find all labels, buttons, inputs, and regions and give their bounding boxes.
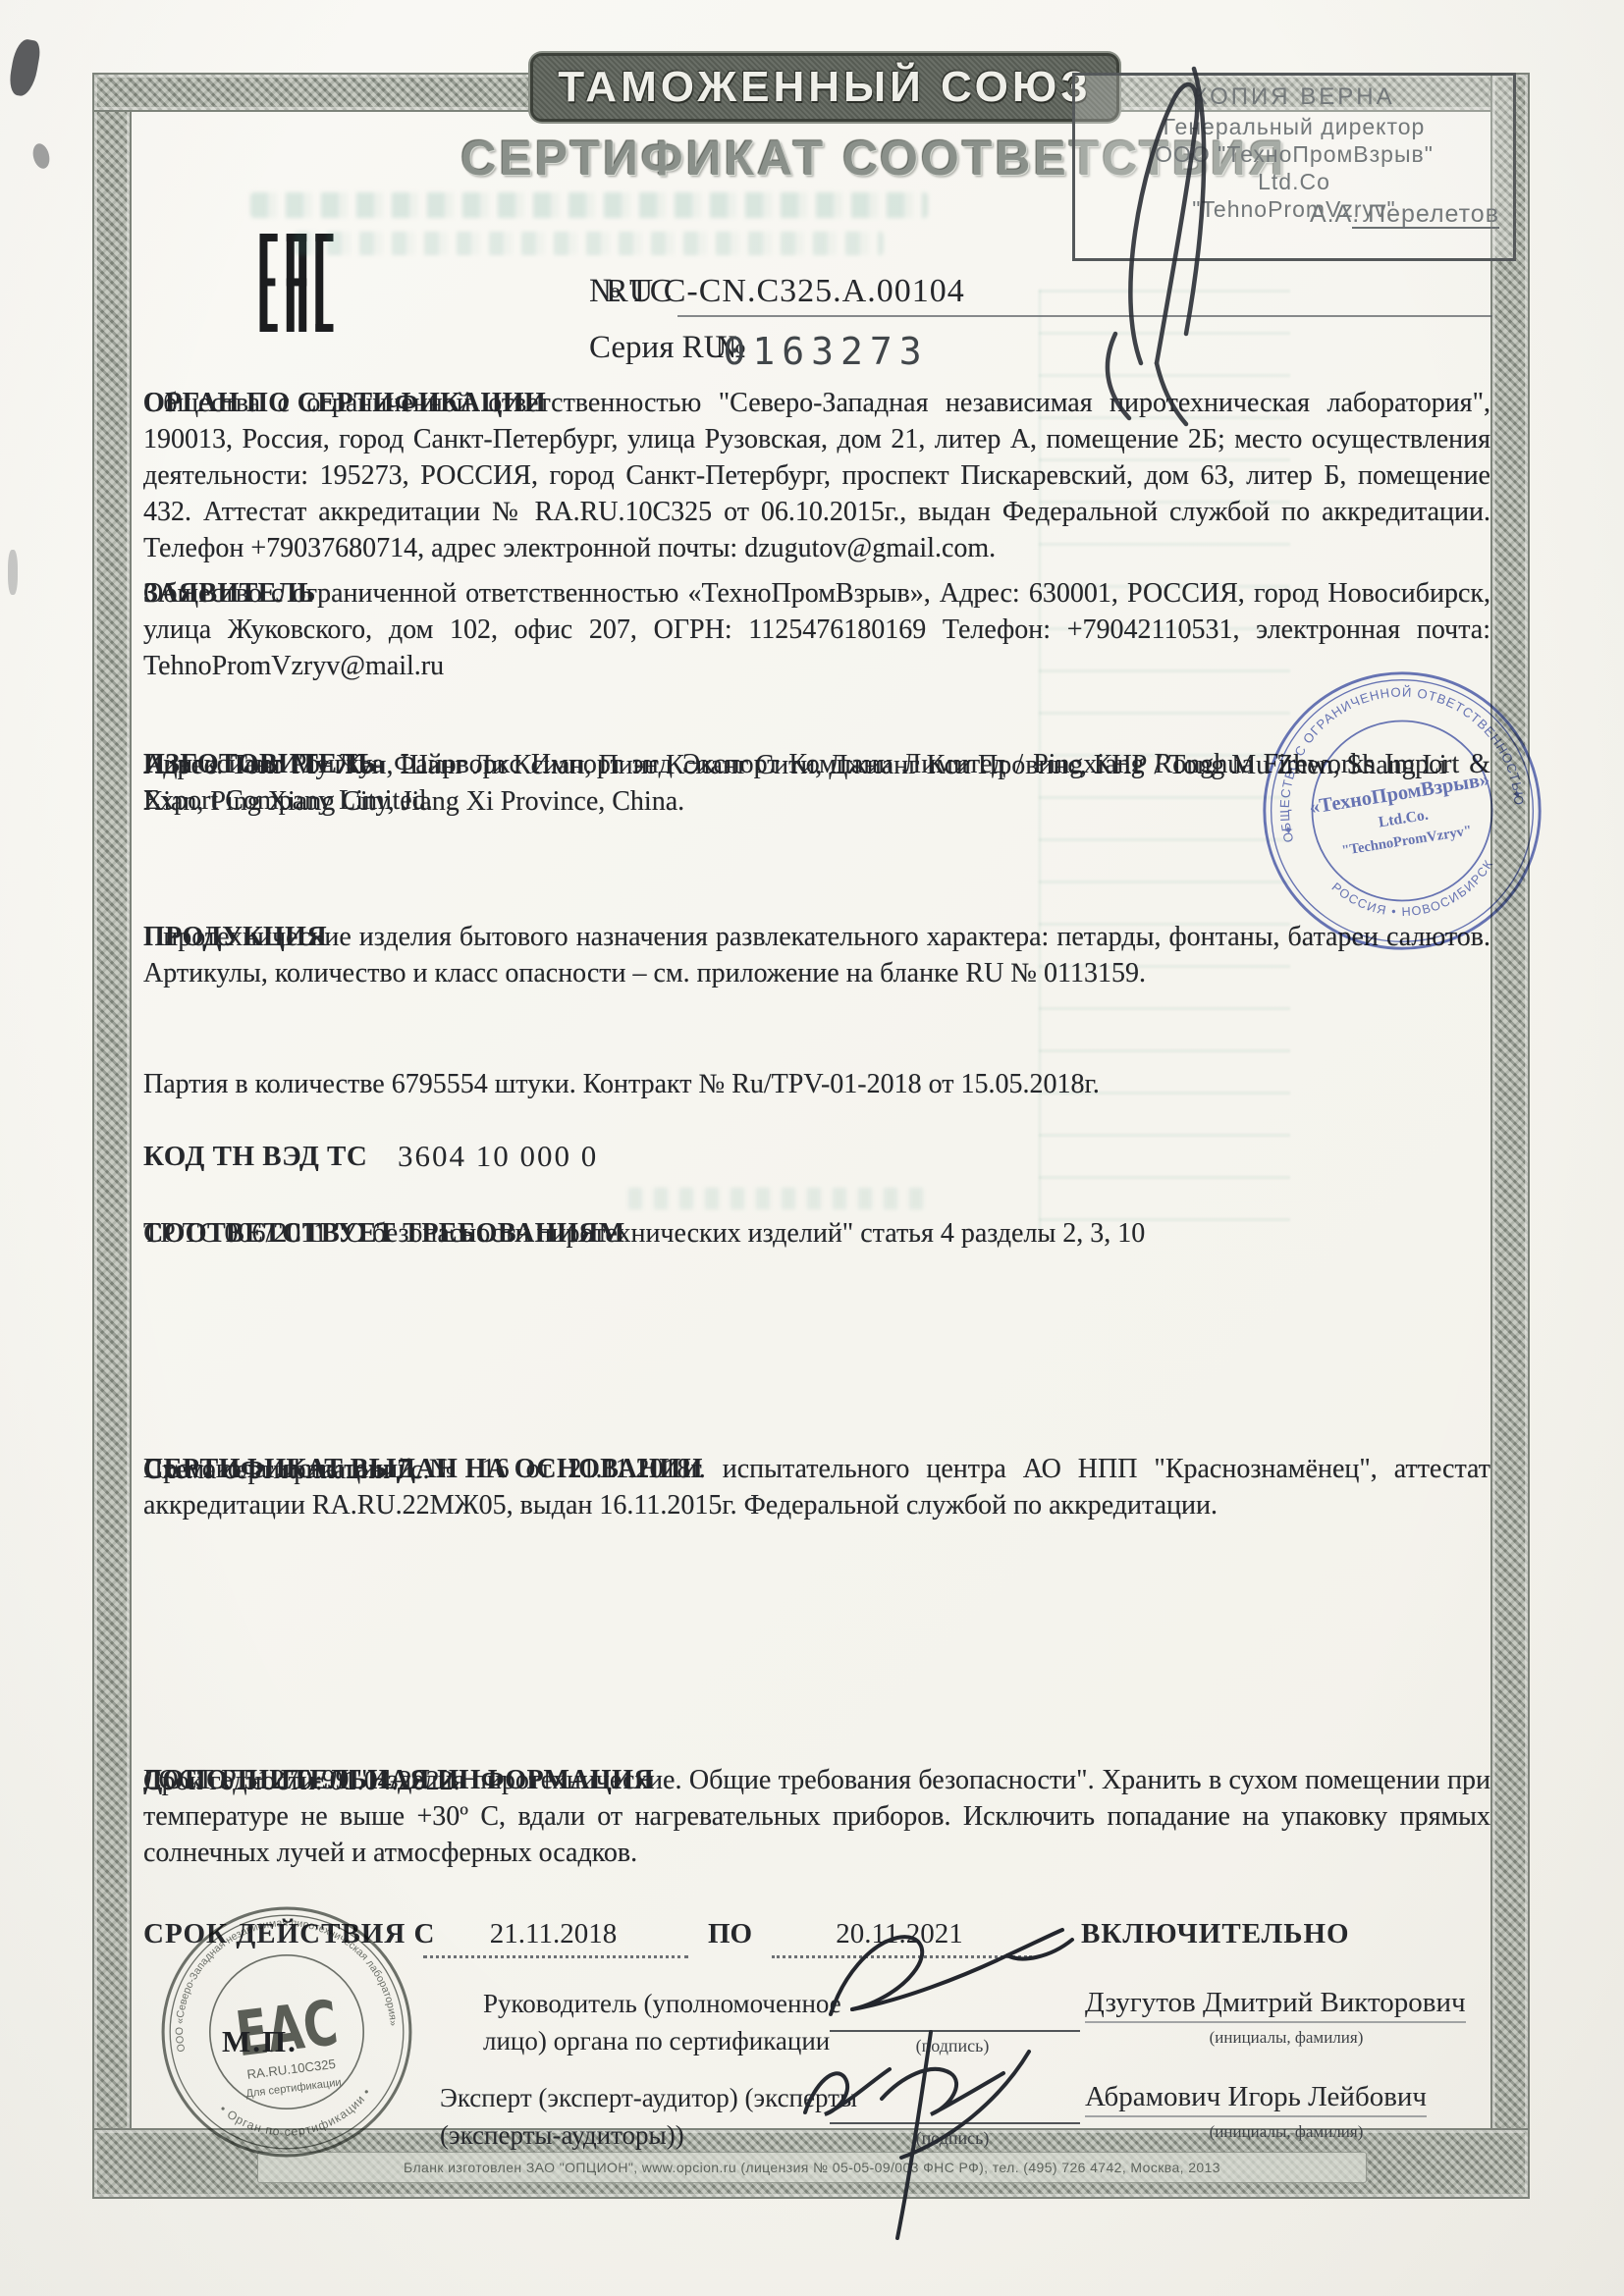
bleed-through-text (628, 1188, 923, 1209)
tnved-code-value: 3604 10 000 0 (398, 1139, 598, 1174)
stamp-place-label: М.П. (222, 2024, 298, 2059)
eac-logo-text: ЕАС (0, 0, 1, 1)
tnved-code-label: КОД ТН ВЭД ТС (143, 1141, 367, 1173)
section-text: Протокола испытаний № 16 от 21.11.2018г.… (143, 1451, 1490, 1523)
series-line: Серия RU № 0163273 (589, 330, 724, 366)
blue-stamp-center-latin: "TechnoPromVzryv" (1341, 823, 1474, 859)
section-text: Общество с ограниченной ответственностью… (143, 575, 1490, 684)
expert-role-label: Эксперт (эксперт-аудитор) (эксперты (экс… (440, 2079, 862, 2154)
copy-stamp-line: Ltd.Co (1081, 168, 1507, 195)
section-text: ГОСТ Р 51270-99 "Изделия пиротехнические… (143, 1762, 1490, 1871)
scan-speck (30, 141, 52, 170)
copy-stamp-line: ООО "ТехноПромВзрыв" (1081, 140, 1507, 168)
date-underline (772, 1955, 1032, 1958)
section-additional-info: ДОПОЛНИТЕЛЬНАЯ ИНФОРМАЦИЯГОСТ Р 51270-99… (143, 1762, 1490, 1799)
section-text: Общества с ограниченной ответственностью… (143, 385, 1490, 566)
certificate-number-line: № ТС RU C-CN.C325.A.00104 (589, 273, 606, 310)
customs-union-banner: ТАМОЖЕННЫЙ СОЮЗ (530, 53, 1119, 122)
copy-verified-stamp: КОПИЯ ВЕРНА Генеральный директор ООО "Те… (1072, 73, 1516, 261)
signature-caption: (подпись) (864, 2036, 1041, 2056)
blue-round-stamp: ОБЩЕСТВО С ОГРАНИЧЕННОЙ ОТВЕТСТВЕННОСТЬЮ… (1238, 647, 1566, 975)
copy-stamp-line: Генеральный директор (1081, 113, 1507, 140)
border-left (92, 73, 132, 2199)
copy-stamp-title: КОПИЯ ВЕРНА (1081, 83, 1507, 111)
stamp-diamond-icon: ✦ (1282, 823, 1295, 838)
cert-no-underline (677, 315, 1492, 317)
name-caption: (инициалы, фамилия) (1139, 2028, 1434, 2048)
bleed-through-text (250, 192, 928, 218)
series-number: 0163273 (724, 330, 929, 373)
head-role-label: Руководитель (уполномоченное лицо) орган… (483, 1985, 846, 2059)
signature-caption: (подпись) (864, 2128, 1041, 2149)
validity-to-label: ПО (708, 1918, 752, 1950)
banner-title: ТАМОЖЕННЫЙ СОЮЗ (558, 63, 1092, 112)
head-name: Дзугутов Дмитрий Викторович (1085, 1987, 1466, 2023)
copy-stamp-signer: А.А. Перелетов (1310, 200, 1499, 229)
validity-inclusive: ВКЛЮЧИТЕЛЬНО (1081, 1918, 1350, 1950)
validity-from-date: 21.11.2018 (428, 1918, 678, 1950)
expert-name: Абрамович Игорь Лейбович (1085, 2081, 1427, 2117)
border-right (1490, 73, 1530, 2199)
section-issued-on-basis: СЕРТИФИКАТ ВЫДАН НА ОСНОВАНИИПротокола и… (143, 1451, 1490, 1488)
certificate-page: ТАМОЖЕННЫЙ СОЮЗ СЕРТИФИКАТ СООТВЕТСТВИЯ … (0, 0, 1624, 2296)
validity-to-date: 20.11.2021 (777, 1918, 1022, 1950)
series-label: Серия RU (589, 330, 728, 366)
scan-speck (8, 550, 18, 595)
blank-maker-note: Бланк изготовлен ЗАО "ОПЦИОН", www.opcio… (404, 2160, 1220, 2175)
signature-line (830, 2030, 1080, 2032)
date-underline (423, 1955, 688, 1958)
bleed-through-text (295, 232, 884, 255)
signature-line (830, 2122, 1080, 2124)
cert-no-value: RU C-CN.C325.A.00104 (606, 273, 965, 310)
name-caption: (инициалы, фамилия) (1139, 2122, 1434, 2142)
section-batch: Партия в количестве 6795554 штуки. Контр… (143, 1066, 1490, 1102)
blue-stamp-center-ltd: Ltd.Co. (1378, 807, 1430, 831)
footer-strip: Бланк изготовлен ЗАО "ОПЦИОН", www.opcio… (257, 2152, 1367, 2183)
scan-speck (7, 37, 42, 98)
section-text: ТР ТС 006/2011 "О безопасности пиротехни… (143, 1215, 1145, 1252)
